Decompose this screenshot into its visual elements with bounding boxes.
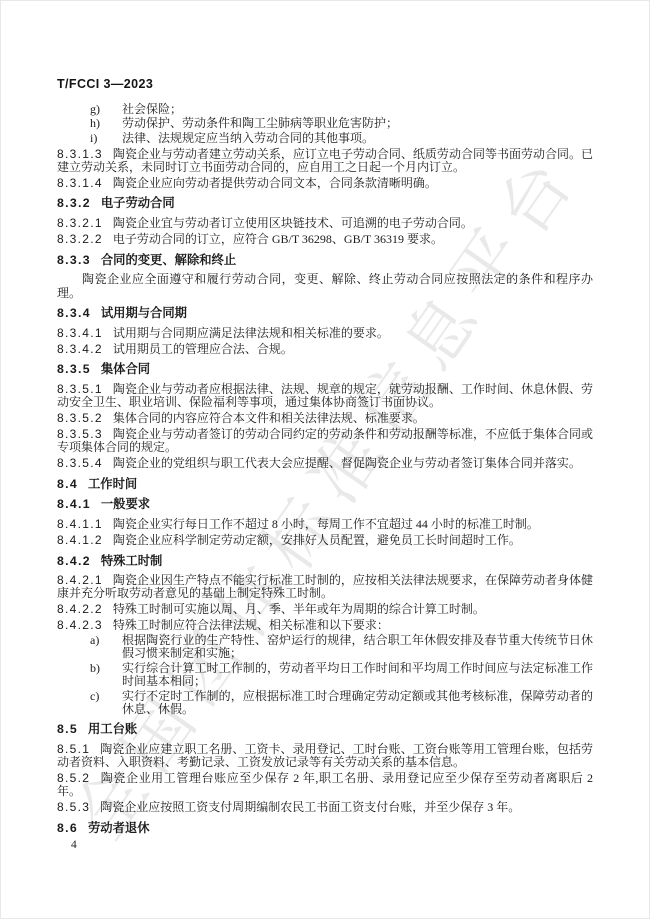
clause: 8.3.5.4陶瓷企业的党组织与职工代表大会应提醒、督促陶瓷企业与劳动者签订集体…	[57, 457, 593, 470]
section-heading: 8.3.3合同的变更、解除和终止	[57, 254, 593, 267]
list-item: g)社会保险；	[57, 103, 593, 116]
list-item-label: b)	[90, 662, 122, 688]
clause-number: 8.3.4.1	[57, 326, 103, 340]
clause-text: 陶瓷企业应科学制定劳动定额，安排好人员配置，避免员工长时间超时工作。	[113, 533, 521, 547]
list-item-label: i)	[90, 132, 122, 145]
clause: 8.3.2.1陶瓷企业宜与劳动者订立使用区块链技术、可追溯的电子劳动合同。	[57, 217, 593, 230]
clause: 8.3.2.2电子劳动合同的订立，应符合 GB/T 36298、GB/T 363…	[57, 233, 593, 246]
section-number: 8.4.1	[57, 497, 91, 511]
list-item: a)根据陶瓷行业的生产特性、窑炉运行的规律，结合职工年休假安排及春节重大传统节日…	[57, 634, 593, 660]
section-title: 集体合同	[101, 362, 150, 376]
clause-text: 特殊工时制应符合法律法规、相关标准和以下要求：	[113, 618, 389, 632]
section-number: 8.3.3	[57, 253, 91, 267]
clause-text: 陶瓷企业用工管理台账应至少保存 2 年,职工名册、录用登记应至少保存至劳动者离职…	[57, 771, 593, 798]
clause: 8.4.1.2陶瓷企业应科学制定劳动定额，安排好人员配置，避免员工长时间超时工作…	[57, 534, 593, 547]
section-title: 劳动者退休	[88, 821, 150, 835]
clause-number: 8.3.4.2	[57, 342, 103, 356]
clause-number: 8.3.5.4	[57, 456, 103, 470]
clause: 8.5.1陶瓷企业应建立职工名册、工资卡、录用登记、工时台账、工资台账等用工管理…	[57, 743, 593, 769]
clause-number: 8.3.5.2	[57, 411, 103, 425]
list-item-label: h)	[90, 117, 122, 130]
clause: 8.3.5.3陶瓷企业与劳动者签订的劳动合同约定的劳动条件和劳动报酬等标准，不应…	[57, 428, 593, 454]
list-item-text: 实行综合计算工时工作制的，劳动者平均日工作时间和平均周工作时间应与法定标准工作时…	[122, 662, 593, 688]
clause-text: 陶瓷企业因生产特点不能实行标准工时制的，应按相关法律法规要求，在保障劳动者身体健…	[57, 573, 593, 600]
list-item-text: 法律、法规规定应当纳入劳动合同的其他事项。	[122, 132, 593, 145]
section-number: 8.5	[57, 722, 78, 736]
list-item: h)劳动保护、劳动条件和陶工尘肺病等职业危害防护；	[57, 117, 593, 130]
clause-text: 试用期与合同期应满足法律法规和相关标准的要求。	[113, 326, 389, 340]
section-heading: 8.3.2电子劳动合同	[57, 197, 593, 210]
clause-number: 8.4.1.2	[57, 533, 103, 547]
section-title: 用工台账	[88, 722, 137, 736]
clause-text: 集体合同的内容应符合本文件和相关法律法规、标准要求。	[113, 411, 425, 425]
document-content: g)社会保险；h)劳动保护、劳动条件和陶工尘肺病等职业危害防护；i)法律、法规规…	[57, 101, 593, 842]
clause: 8.5.2陶瓷企业用工管理台账应至少保存 2 年,职工名册、录用登记应至少保存至…	[57, 772, 593, 798]
clause-number: 8.5.3	[57, 800, 90, 814]
clause: 8.3.1.4陶瓷企业应向劳动者提供劳动合同文本，合同条款清晰明确。	[57, 177, 593, 190]
clause-number: 8.4.1.1	[57, 517, 103, 531]
clause: 8.3.4.1试用期与合同期应满足法律法规和相关标准的要求。	[57, 327, 593, 340]
list-item-text: 劳动保护、劳动条件和陶工尘肺病等职业危害防护；	[122, 117, 593, 130]
clause: 8.3.5.2集体合同的内容应符合本文件和相关法律法规、标准要求。	[57, 412, 593, 425]
clause-number: 8.3.2.1	[57, 216, 103, 230]
list-item-text: 实行不定时工作制的，应根据标准工时合理确定劳动定额或其他考核标准，保障劳动者的休…	[122, 690, 593, 716]
list-item-label: c)	[90, 690, 122, 716]
clause-text: 陶瓷企业与劳动者建立劳动关系，应订立电子劳动合同、纸质劳动合同等书面劳动合同。已…	[57, 147, 593, 174]
clause: 8.3.1.3陶瓷企业与劳动者建立劳动关系，应订立电子劳动合同、纸质劳动合同等书…	[57, 148, 593, 174]
list-item-text: 社会保险；	[122, 103, 593, 116]
section-title: 特殊工时制	[101, 554, 163, 568]
clause: 8.3.4.2试用期员工的管理应合法、合规。	[57, 343, 593, 356]
paragraph-text: 陶瓷企业应全面遵守和履行劳动合同，变更、解除、终止劳动合同应按照法定的条件和程序…	[57, 272, 593, 299]
section-title: 试用期与合同期	[101, 306, 187, 320]
section-heading: 8.4.2特殊工时制	[57, 555, 593, 568]
page-number: 4	[71, 839, 77, 851]
section-title: 电子劳动合同	[101, 196, 175, 210]
clause: 8.4.2.1陶瓷企业因生产特点不能实行标准工时制的，应按相关法律法规要求，在保…	[57, 574, 593, 600]
section-number: 8.3.5	[57, 362, 91, 376]
clause-text: 陶瓷企业应建立职工名册、工资卡、录用登记、工时台账、工资台账等用工管理台账，包括…	[57, 742, 593, 769]
list-item: c)实行不定时工作制的，应根据标准工时合理确定劳动定额或其他考核标准，保障劳动者…	[57, 690, 593, 716]
clause: 8.4.2.2特殊工时制可实施以周、月、季、半年或年为周期的综合计算工时制。	[57, 603, 593, 616]
document-page: 全国团体标准信息平台 T/FCCI 3—2023 g)社会保险；h)劳动保护、劳…	[0, 0, 650, 919]
clause-number: 8.3.2.2	[57, 232, 103, 246]
clause-text: 试用期员工的管理应合法、合规。	[113, 342, 293, 356]
clause-number: 8.4.2.3	[57, 618, 103, 632]
clause-text: 电子劳动合同的订立，应符合 GB/T 36298、GB/T 36319 要求。	[113, 232, 443, 246]
clause-text: 陶瓷企业宜与劳动者订立使用区块链技术、可追溯的电子劳动合同。	[113, 216, 473, 230]
section-heading: 8.5用工台账	[57, 723, 593, 736]
section-title: 工作时间	[88, 477, 137, 491]
clause-text: 陶瓷企业与劳动者签订的劳动合同约定的劳动条件和劳动报酬等标准，不应低于集体合同或…	[57, 427, 593, 454]
section-number: 8.6	[57, 821, 78, 835]
list-item-text: 根据陶瓷行业的生产特性、窑炉运行的规律，结合职工年休假安排及春节重大传统节日休假…	[122, 634, 593, 660]
clause-number: 8.3.1.3	[57, 147, 103, 161]
section-number: 8.3.4	[57, 306, 91, 320]
list-item-label: g)	[90, 103, 122, 116]
section-number: 8.3.2	[57, 196, 91, 210]
section-heading: 8.3.5集体合同	[57, 363, 593, 376]
clause-number: 8.3.1.4	[57, 176, 103, 190]
clause-text: 陶瓷企业的党组织与职工代表大会应提醒、督促陶瓷企业与劳动者签订集体合同并落实。	[113, 456, 581, 470]
clause-text: 特殊工时制可实施以周、月、季、半年或年为周期的综合计算工时制。	[113, 602, 485, 616]
section-number: 8.4.2	[57, 554, 91, 568]
clause: 8.4.1.1陶瓷企业实行每日工作不超过 8 小时，每周工作不宜超过 44 小时…	[57, 518, 593, 531]
clause: 8.4.2.3特殊工时制应符合法律法规、相关标准和以下要求：	[57, 619, 593, 632]
list-item-label: a)	[90, 634, 122, 660]
list-item: b)实行综合计算工时工作制的，劳动者平均日工作时间和平均周工作时间应与法定标准工…	[57, 662, 593, 688]
clause-text: 陶瓷企业应按照工资支付周期编制农民工书面工资支付台账，并至少保存 3 年。	[100, 800, 520, 814]
section-heading: 8.6劳动者退休	[57, 822, 593, 835]
list-item: i)法律、法规规定应当纳入劳动合同的其他事项。	[57, 132, 593, 145]
standard-number-header: T/FCCI 3—2023	[57, 77, 153, 91]
section-number: 8.4	[57, 477, 78, 491]
paragraph: 陶瓷企业应全面遵守和履行劳动合同，变更、解除、终止劳动合同应按照法定的条件和程序…	[57, 273, 593, 299]
section-title: 合同的变更、解除和终止	[101, 253, 236, 267]
clause-text: 陶瓷企业与劳动者应根据法律、法规、规章的规定，就劳动报酬、工作时间、休息休假、劳…	[57, 382, 593, 409]
clause-text: 陶瓷企业应向劳动者提供劳动合同文本，合同条款清晰明确。	[113, 176, 437, 190]
clause-number: 8.4.2.2	[57, 602, 103, 616]
clause-text: 陶瓷企业实行每日工作不超过 8 小时，每周工作不宜超过 44 小时的标准工时制。	[113, 517, 539, 531]
clause: 8.5.3陶瓷企业应按照工资支付周期编制农民工书面工资支付台账，并至少保存 3 …	[57, 801, 593, 814]
section-heading: 8.4.1一般要求	[57, 498, 593, 511]
section-title: 一般要求	[101, 497, 150, 511]
clause-number: 8.3.5.3	[57, 427, 103, 441]
clause: 8.3.5.1陶瓷企业与劳动者应根据法律、法规、规章的规定，就劳动报酬、工作时间…	[57, 383, 593, 409]
section-heading: 8.3.4试用期与合同期	[57, 307, 593, 320]
section-heading: 8.4工作时间	[57, 478, 593, 491]
